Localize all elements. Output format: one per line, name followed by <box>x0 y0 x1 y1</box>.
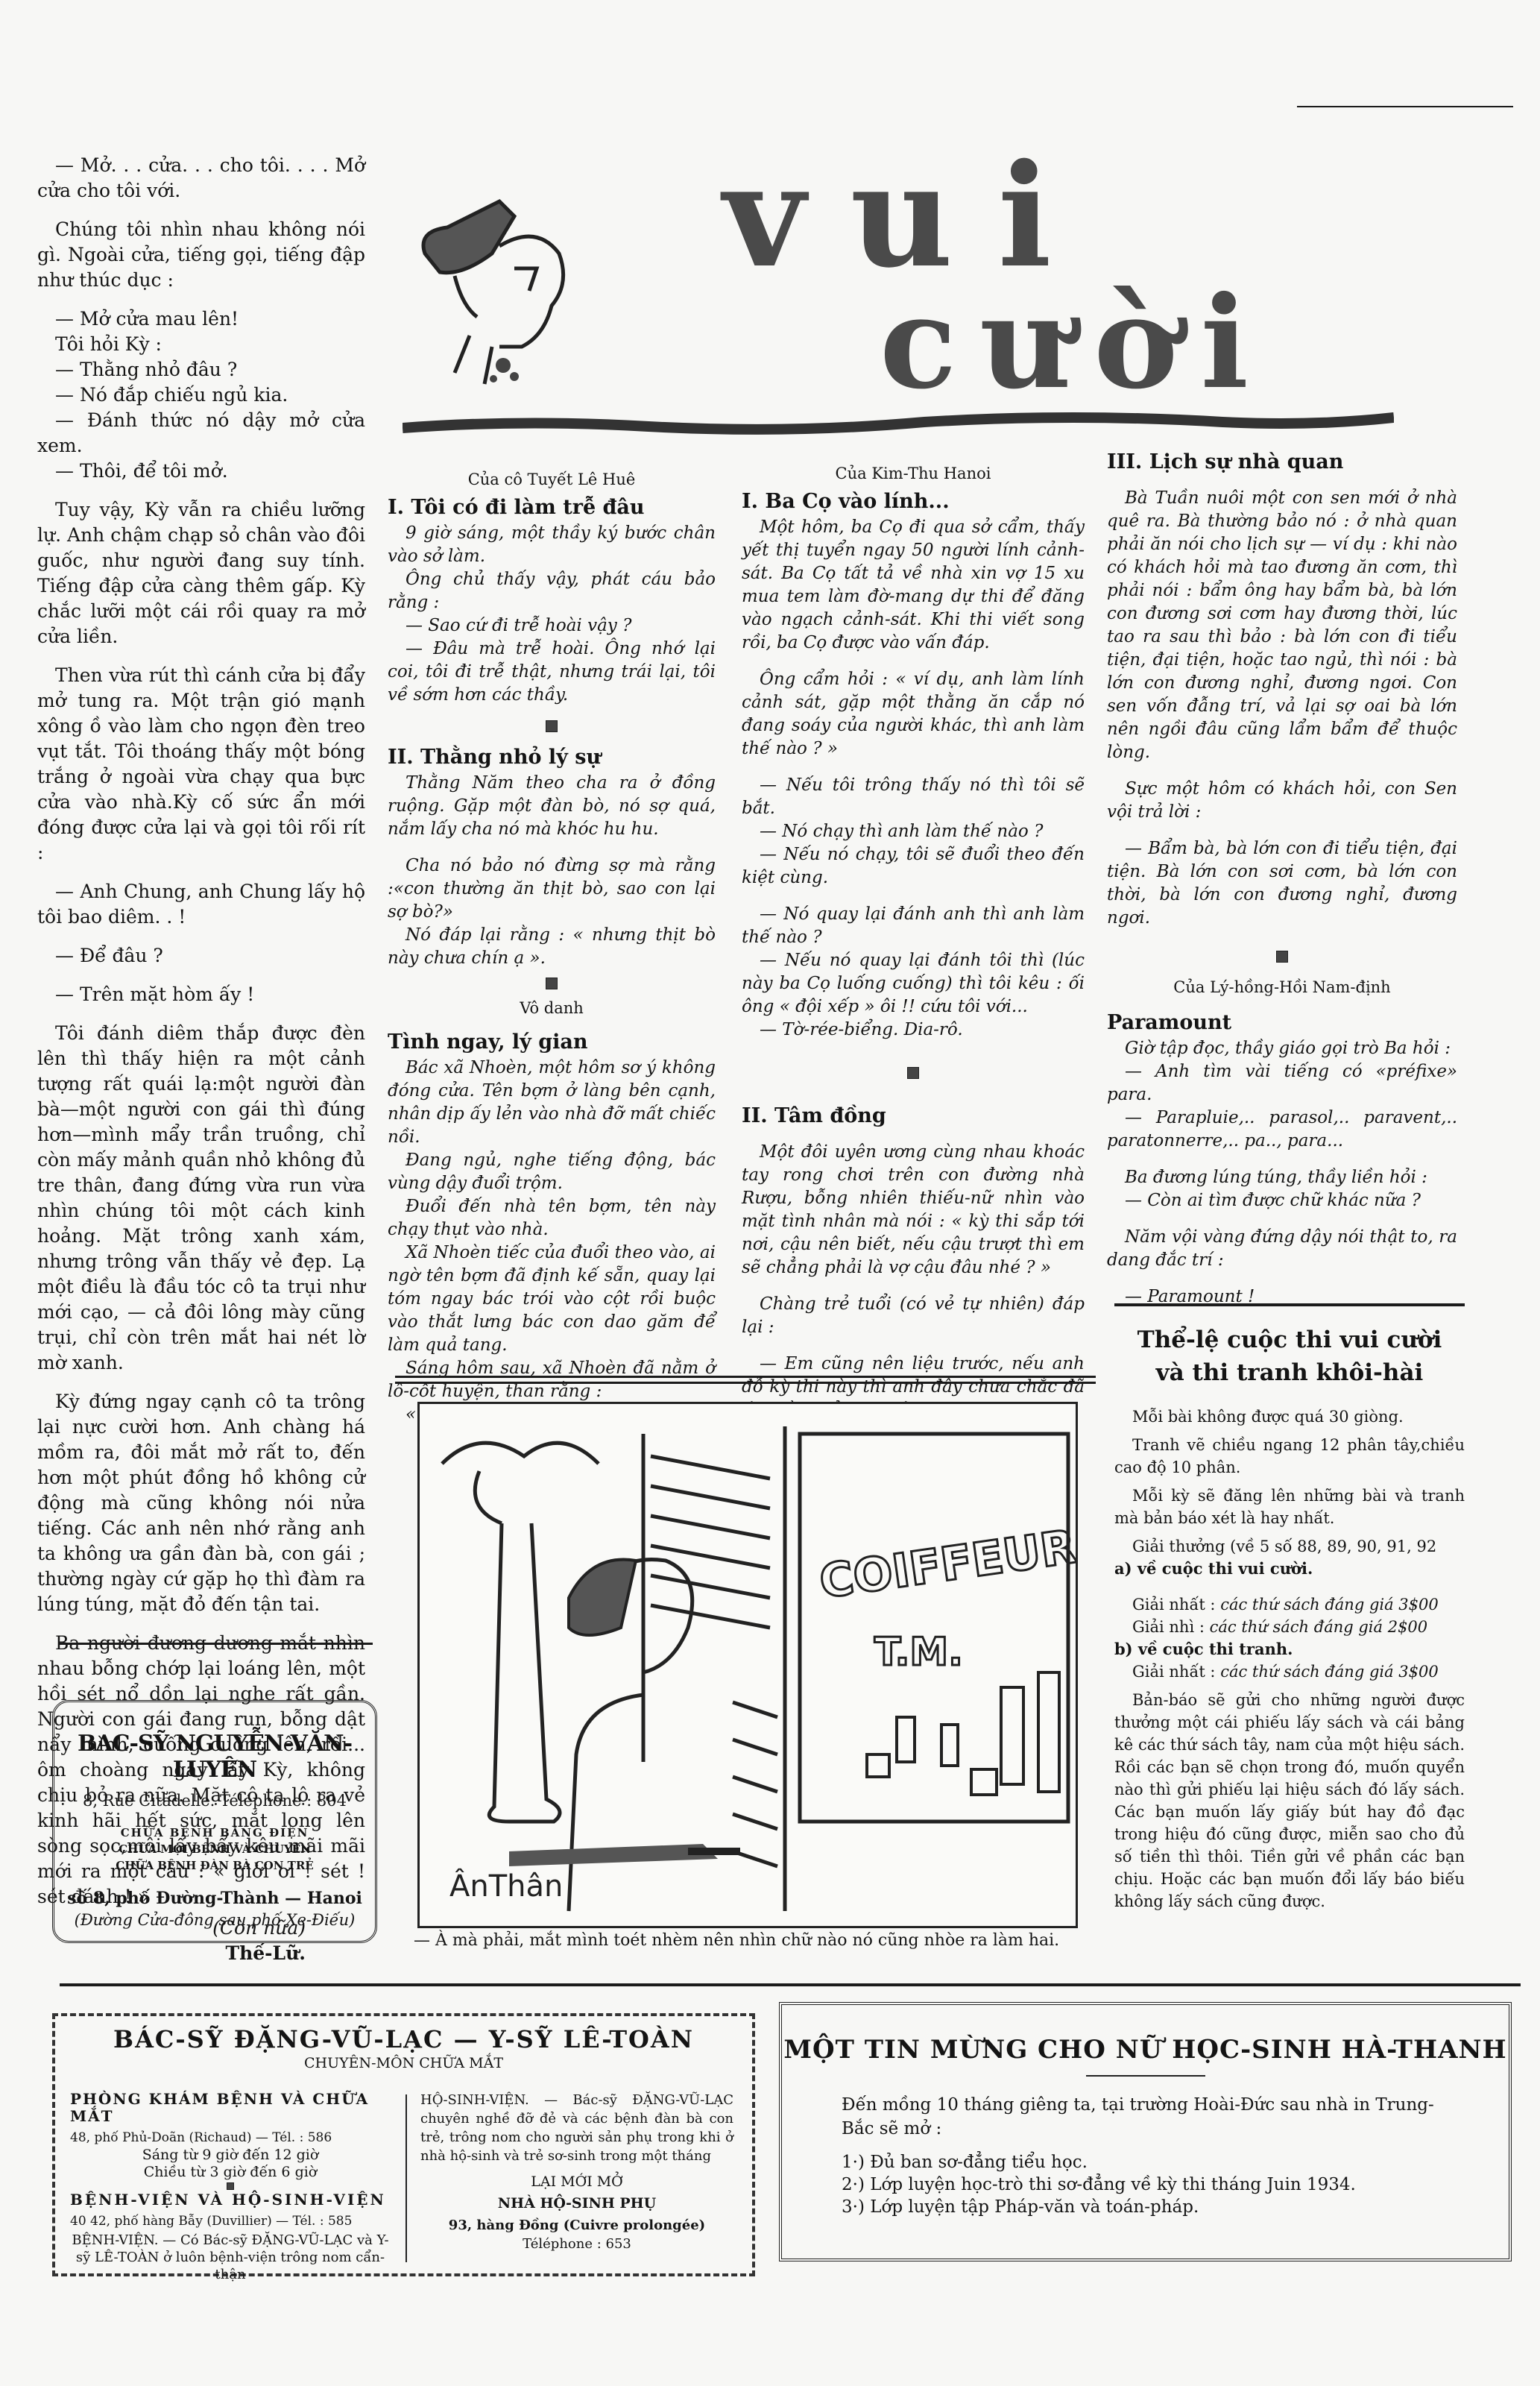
ad-school-item: 3·) Lớp luyện tập Pháp-văn và toán-pháp. <box>842 2196 1464 2218</box>
contest-rules: Thể-lệ cuộc thi vui cười và thi tranh kh… <box>1114 1323 1465 1913</box>
prize-label: Giải nhì : <box>1132 1618 1205 1636</box>
joke-paragraph: — Nếu tôi trông thấy nó thì tôi sẽ bắt. <box>742 774 1085 820</box>
ad-lac-hospital-text: BỆNH-VIỆN. — Có Bác-sỹ ĐẶNG-VŨ-LẠC và Y-… <box>70 2232 391 2283</box>
joke-paragraph: Năm vội vàng đứng dậy nói thật to, ra da… <box>1107 1226 1457 1272</box>
jokes-column-3: III. Lịch sự nhà quan Bà Tuần nuôi một c… <box>1107 446 1457 1309</box>
prize-label: Giải nhất : <box>1132 1663 1216 1681</box>
joke-paragraph: Đuổi đến nhà tên bợm, tên này chạy thụt … <box>388 1195 716 1241</box>
ad-school-title: MỘT TIN MỪNG CHO NỮ HỌC-SINH HÀ-THANH <box>782 2035 1509 2065</box>
masthead: vui cười <box>403 127 1401 440</box>
joke-paragraph: Đang ngủ, nghe tiếng động, bác vùng dậy … <box>388 1149 716 1195</box>
ad-lac-new-address: 93, hàng Đồng (Cuivre prolongée) <box>420 2216 733 2235</box>
story-paragraph: — Mở cửa mau lên! <box>37 306 365 332</box>
story-paragraph: — Mở. . . cửa. . . cho tôi. . . . Mở cửa… <box>37 153 365 204</box>
ad-luyen-service: CHỮA BỆNH ĐÀN BÀ CON TRẺ <box>54 1859 375 1872</box>
joke-paragraph: — Nó quay lại đánh anh thì anh làm thế n… <box>742 903 1085 949</box>
ad-doctor-luyen: BAC-SỸ NGUYỄN-VĂN-LUYÊN 8, Rue Citadelle… <box>52 1700 377 1943</box>
ad-lac-clinic-address: 48, phố Phủ-Doãn (Richaud) — Tél. : 586 <box>70 2130 391 2147</box>
rules-paragraph: Tranh vẽ chiều ngang 12 phân tây,chiều c… <box>1114 1434 1465 1479</box>
joke-paragraph: Cha nó bảo nó đừng sợ mà rằng :«con thườ… <box>388 854 716 924</box>
prize-value: các thứ sách đáng giá 2$00 <box>1210 1618 1428 1636</box>
joke-paragraph: — Parapluie,.. parasol,.. paravent,.. pa… <box>1107 1107 1457 1153</box>
ornament-divider-icon <box>1086 2075 1205 2077</box>
joke-paragraph: Thằng Năm theo cha ra ở đồng ruộng. Gặp … <box>388 772 716 841</box>
joke-paragraph: Sực một hôm có khách hỏi, con Sen vội tr… <box>1107 778 1457 824</box>
joke-paragraph: Nó đáp lại rằng : « nhưng thịt bò này ch… <box>388 924 716 970</box>
prize-label: Giải nhất : <box>1132 1596 1216 1614</box>
joke-paragraph: — Đâu mà trễ hoài. Ông nhớ lại coi, tôi … <box>388 638 716 707</box>
ad-lac-new-phone: Téléphone : 653 <box>420 2235 733 2253</box>
story-paragraph: — Thôi, để tôi mở. <box>37 459 365 484</box>
story-paragraph: — Để đâu ? <box>37 943 365 969</box>
rules-paragraph: Mỗi kỳ sẽ đăng lên những bài và tranh mà… <box>1114 1485 1465 1529</box>
story-paragraph: — Đánh thức nó dậy mở cửa xem. <box>37 408 365 459</box>
story-paragraph: Tôi hỏi Kỳ : <box>37 332 365 357</box>
ad-lac-maternity-text: HỘ-SINH-VIỆN. — Bác-sỹ ĐẶNG-VŨ-LẠC chuyê… <box>420 2091 733 2165</box>
svg-text:T.M.: T.M. <box>874 1630 963 1675</box>
laughing-face-icon <box>410 186 604 395</box>
masthead-title-line2: cười <box>880 276 1271 410</box>
byline: Vô danh <box>388 997 716 1020</box>
svg-text:COIFFEUR: COIFFEUR <box>816 1519 1076 1609</box>
story-paragraph: — Anh Chung, anh Chung lấy hộ tôi bao di… <box>37 879 365 930</box>
story-column: — Mở. . . cửa. . . cho tôi. . . . Mở cửa… <box>37 153 365 1966</box>
story-author: Thế-Lữ. <box>37 1941 365 1966</box>
ad-lac-left: PHÒNG KHÁM BỆNH VÀ CHỮA MẮT 48, phố Phủ-… <box>70 2091 391 2283</box>
ad-lac-hospital-title: BỆNH-VIỆN VÀ HỘ-SINH-VIỆN <box>70 2191 391 2209</box>
cartoon-top-rule-2 <box>395 1382 1096 1384</box>
jokes-column-1: Của cô Tuyết Lê Huê I. Tôi có đi làm trễ… <box>388 462 716 1426</box>
story-bottom-rule <box>60 1643 373 1645</box>
byline: Của cô Tuyết Lê Huê <box>388 468 716 491</box>
rules-paragraph: Mỗi bài không được quá 30 giòng. <box>1114 1406 1465 1428</box>
ad-lac-divider <box>405 2094 407 2262</box>
bottom-section-rule <box>60 1983 1521 1986</box>
story-paragraph: Kỳ đứng ngay cạnh cô ta trông lại nực cư… <box>37 1389 365 1617</box>
cartoon-caption: — À mà phải, mắt mình toét nhèm nên nhìn… <box>414 1931 1099 1950</box>
ad-school-news: MỘT TIN MỪNG CHO NỮ HỌC-SINH HÀ-THANH Đế… <box>779 2002 1512 2261</box>
ad-lac-hospital-address: 40 42, phố hàng Bẫy (Duvillier) — Tél. :… <box>70 2213 391 2230</box>
prize-value: các thứ sách đáng giá 3$00 <box>1220 1663 1439 1681</box>
joke-title: I. Ba Cọ vào lính... <box>742 490 1085 513</box>
prize-value: các thứ sách đáng giá 3$00 <box>1220 1596 1439 1614</box>
joke-title: II. Tâm đồng <box>742 1104 1085 1127</box>
joke-paragraph: Ông chủ thấy vậy, phát cáu bảo rằng : <box>388 568 716 614</box>
ad-luyen-address-fr: 8, Rue Citadelle. Téléphone : 804 <box>54 1792 375 1810</box>
story-paragraph: Tuy vậy, Kỳ vẫn ra chiều lưỡng lự. Anh c… <box>37 497 365 649</box>
byline: Của Lý-hồng-Hồi Nam-định <box>1107 976 1457 999</box>
rules-top-rule <box>1114 1303 1465 1306</box>
section-ornament-icon <box>907 1067 919 1079</box>
ad-school-intro: Đến mồng 10 tháng giêng ta, tại trường H… <box>842 2093 1464 2141</box>
ad-school-item: 1·) Đủ ban sơ-đẳng tiểu học. <box>842 2151 1464 2173</box>
joke-title: I. Tôi có đi làm trễ đâu <box>388 496 716 519</box>
joke-title: III. Lịch sự nhà quan <box>1107 450 1457 473</box>
ad-lac-hours-afternoon: Chiều từ 3 giờ đến 6 giờ <box>70 2164 391 2181</box>
joke-title: II. Thằng nhỏ lý sự <box>388 746 716 769</box>
byline: Của Kim-Thu Hanoi <box>742 462 1085 485</box>
joke-title: Tình ngay, lý gian <box>388 1030 716 1054</box>
cartoon-top-rule <box>395 1376 1096 1378</box>
joke-paragraph: — Sao cứ đi trễ hoài vậy ? <box>388 614 716 638</box>
story-paragraph: — Trên mặt hòm ấy ! <box>37 982 365 1007</box>
cartoon-illustration: COIFFEUR T.M. ÂnThân <box>417 1402 1078 1928</box>
joke-paragraph: Ông cẩm hỏi : « ví dụ, anh làm lính cảnh… <box>742 668 1085 761</box>
joke-paragraph: — Anh tìm vài tiếng có «préfixe» para. <box>1107 1060 1457 1107</box>
joke-paragraph: — Nếu nó chạy, tôi sẽ đuổi theo đến kiệt… <box>742 843 1085 890</box>
barber-shop-cartoon-icon: COIFFEUR T.M. ÂnThân <box>420 1404 1076 1926</box>
rules-paragraph: Bản-báo sẽ gửi cho những người được thưở… <box>1114 1689 1465 1913</box>
ad-lac-new-open: LẠI MỚI MỞ <box>420 2173 733 2191</box>
ad-lac-subtitle: CHUYÊN-MÔN CHỮA MẮT <box>55 2055 752 2071</box>
joke-paragraph: — Bẩm bà, bà lớn con đi tiểu tiện, đại t… <box>1107 837 1457 930</box>
section-ornament-icon <box>227 2182 234 2190</box>
joke-paragraph: Một hôm, ba Cọ đi qua sở cẩm, thấy yết t… <box>742 516 1085 655</box>
joke-paragraph: Một đôi uyên ương cùng nhau khoác tay ro… <box>742 1141 1085 1279</box>
rules-title-line1: Thể-lệ cuộc thi vui cười <box>1114 1323 1465 1356</box>
ad-luyen-title: BAC-SỸ NGUYỄN-VĂN-LUYÊN <box>54 1731 375 1783</box>
rules-section-b: b) về cuộc thi tranh. <box>1114 1638 1465 1661</box>
joke-paragraph: — Tờ-rée-biểng. Dia-rô. <box>742 1019 1085 1042</box>
ad-lac-right: HỘ-SINH-VIỆN. — Bác-sỹ ĐẶNG-VŨ-LẠC chuyê… <box>420 2091 733 2253</box>
joke-paragraph: — Nếu nó quay lại đánh tôi thì (lúc này … <box>742 949 1085 1019</box>
ad-luyen-service: CHỮA BỆNH BẰNG ĐIỆN <box>54 1826 375 1839</box>
joke-paragraph: Ba đương lúng túng, thầy liền hỏi : <box>1107 1166 1457 1189</box>
joke-paragraph: — Nó chạy thì anh làm thế nào ? <box>742 820 1085 843</box>
joke-paragraph: Bác xã Nhoèn, một hôm sơ ý không đóng cử… <box>388 1057 716 1149</box>
ad-school-item: 2·) Lớp luyện học-trò thi sơ-đẳng về kỳ … <box>842 2173 1464 2196</box>
section-ornament-icon <box>546 978 558 989</box>
masthead-wave-divider <box>403 412 1394 435</box>
joke-paragraph: — Còn ai tìm được chữ khác nữa ? <box>1107 1189 1457 1212</box>
story-paragraph: Tôi đánh diêm thắp được đèn lên thì thấy… <box>37 1021 365 1376</box>
cartoonist-signature: ÂnThân <box>449 1868 563 1904</box>
joke-title: Paramount <box>1107 1011 1457 1034</box>
ad-lac-new-name: NHÀ HỘ-SINH PHỤ <box>420 2194 733 2213</box>
story-paragraph: Chúng tôi nhìn nhau không nói gì. Ngoài … <box>37 217 365 293</box>
rules-section-a: a) về cuộc thi vui cười. <box>1114 1558 1465 1580</box>
jokes-column-2: Của Kim-Thu Hanoi I. Ba Cọ vào lính... M… <box>742 456 1085 1422</box>
ad-lac-clinic-title: PHÒNG KHÁM BỆNH VÀ CHỮA MẮT <box>70 2091 391 2125</box>
joke-paragraph: Bà Tuần nuôi một con sen mới ở nhà quê r… <box>1107 487 1457 764</box>
joke-paragraph: Xã Nhoèn tiếc của đuổi theo vào, ai ngờ … <box>388 1241 716 1357</box>
ad-luyen-address-vn: số 8, phố Đường-Thành — Hanoi <box>54 1889 375 1908</box>
rules-paragraph: Giải thưởng (về 5 số 88, 89, 90, 91, 92 <box>1114 1535 1465 1558</box>
ad-doctor-lac: BÁC-SỸ ĐẶNG-VŨ-LẠC — Y-SỸ LÊ-TOÀN CHUYÊN… <box>52 2013 755 2276</box>
ad-luyen-service: CHỮA MỌI BỆNH VÀ CHUYÊN <box>54 1842 375 1856</box>
ad-luyen-directions: (Đường Cửa-đông sau phố Xe-Điếu) <box>54 1911 375 1929</box>
story-paragraph: Then vừa rút thì cánh cửa bị đẩy mở tung… <box>37 663 365 866</box>
joke-paragraph: Chàng trẻ tuổi (có vẻ tự nhiên) đáp lại … <box>742 1293 1085 1339</box>
top-right-rule <box>1297 106 1513 107</box>
section-ornament-icon <box>546 720 558 732</box>
section-ornament-icon <box>1276 951 1288 963</box>
joke-paragraph: Sáng hôm sau, xã Nhoèn đã nằm ở lô-cốt h… <box>388 1357 716 1403</box>
joke-paragraph: Giờ tập đọc, thầy giáo gọi trò Ba hỏi : <box>1107 1037 1457 1060</box>
ad-lac-hours-morning: Sáng từ 9 giờ đến 12 giờ <box>70 2147 391 2164</box>
story-paragraph: — Thằng nhỏ đâu ? <box>37 357 365 383</box>
rules-title-line2: và thi tranh khôi-hài <box>1114 1356 1465 1389</box>
joke-paragraph: 9 giờ sáng, một thầy ký bước chân vào sở… <box>388 522 716 568</box>
ad-lac-title: BÁC-SỸ ĐẶNG-VŨ-LẠC — Y-SỸ LÊ-TOÀN <box>55 2025 752 2053</box>
story-paragraph: — Nó đắp chiếu ngủ kia. <box>37 383 365 408</box>
